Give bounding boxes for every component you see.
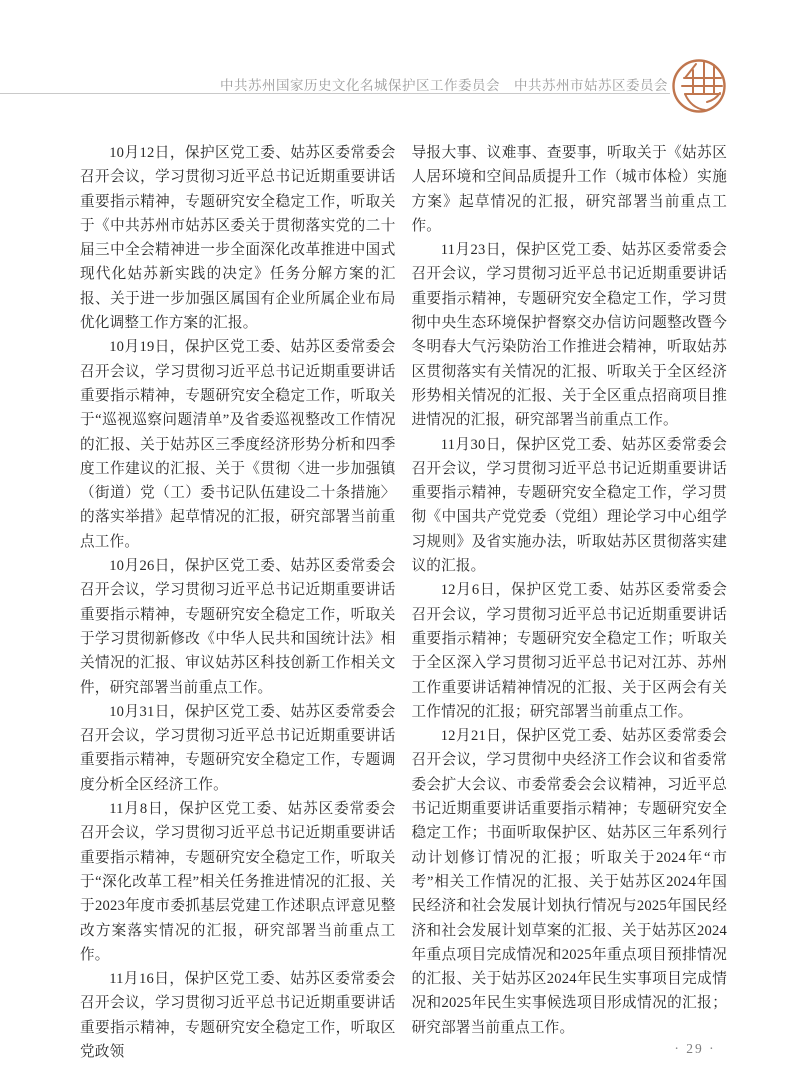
right-column: 导报大事、议难事、查要事，听取关于《姑苏区人居环境和空间品质提升工作（城市体检）… [412, 141, 728, 1064]
document-page: 中共苏州国家历史文化名城保护区工作委员会 中共苏州市姑苏区委员会 [0, 0, 793, 1077]
paragraph-dec-6: 12月6日，保护区党工委、姑苏区委常委会召开会议，学习贯彻习近平总书记近期重要讲… [412, 578, 728, 724]
paragraph-nov-30: 11月30日，保护区党工委、姑苏区委常委会召开会议，学习贯彻习近平总书记近期重要… [412, 433, 728, 579]
paragraph-oct-19: 10月19日，保护区党工委、姑苏区委常委会召开会议，学习贯彻习近平总书记近期重要… [80, 335, 396, 554]
suzhou-lattice-window-seal-icon [671, 58, 727, 114]
paragraph-oct-12: 10月12日，保护区党工委、姑苏区委常委会召开会议，学习贯彻习近平总书记近期重要… [80, 141, 396, 335]
paragraph-oct-26: 10月26日，保护区党工委、姑苏区委常委会召开会议，学习贯彻习近平总书记近期重要… [80, 554, 396, 700]
page-header: 中共苏州国家历史文化名城保护区工作委员会 中共苏州市姑苏区委员会 [0, 0, 793, 120]
paragraph-nov-16-continued: 导报大事、议难事、查要事，听取关于《姑苏区人居环境和空间品质提升工作（城市体检）… [412, 141, 728, 238]
header-title: 中共苏州国家历史文化名城保护区工作委员会 中共苏州市姑苏区委员会 [0, 74, 668, 94]
body-text: 10月12日，保护区党工委、姑苏区委常委会召开会议，学习贯彻习近平总书记近期重要… [80, 141, 727, 1064]
paragraph-nov-23: 11月23日，保护区党工委、姑苏区委常委会召开会议，学习贯彻习近平总书记近期重要… [412, 238, 728, 432]
paragraph-nov-16: 11月16日，保护区党工委、姑苏区委常委会召开会议，学习贯彻习近平总书记近期重要… [80, 967, 396, 1064]
paragraph-dec-21: 12月21日，保护区党工委、姑苏区委常委会召开会议，学习贯彻中央经济工作会议和省… [412, 724, 728, 1040]
paragraph-oct-31: 10月31日，保护区党工委、姑苏区委常委会召开会议，学习贯彻习近平总书记近期重要… [80, 700, 396, 797]
page-number: · 29 · [640, 1041, 750, 1057]
left-column: 10月12日，保护区党工委、姑苏区委常委会召开会议，学习贯彻习近平总书记近期重要… [80, 141, 396, 1064]
paragraph-nov-8: 11月8日，保护区党工委、姑苏区委常委会召开会议，学习贯彻习近平总书记近期重要讲… [80, 797, 396, 967]
